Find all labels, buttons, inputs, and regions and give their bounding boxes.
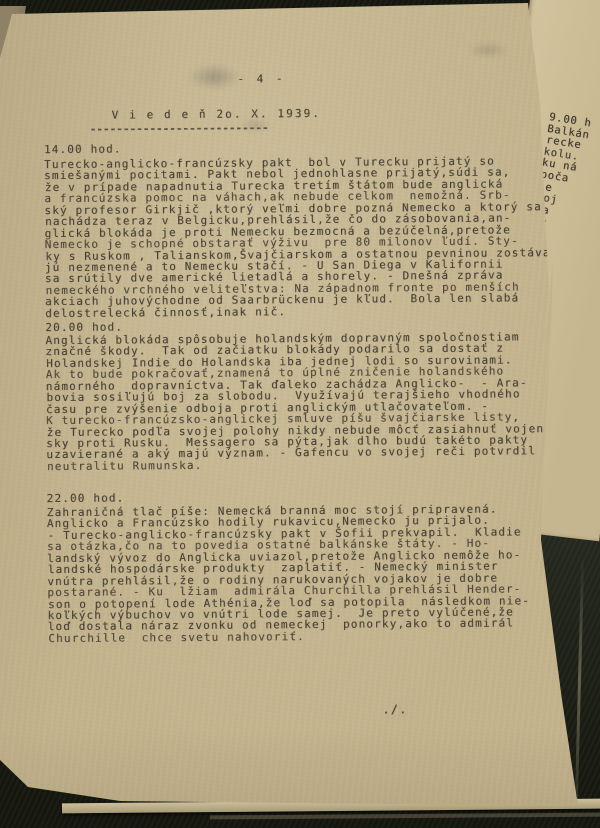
dateline-underline: --------------------------- (90, 121, 269, 135)
right-sheet-edge (575, 556, 585, 806)
text-line: neutralitu Rumunska. (47, 457, 552, 472)
scanned-document-photo: 9.00 hBalkánreckekolu.ku nápočaje vojgan… (0, 0, 600, 828)
section-time-1400: 14.00 hod. (44, 143, 122, 157)
section-time-2200: 22.00 hod. (47, 492, 125, 506)
section-paragraph-2000: Anglická blokáda spôsobuje holandským do… (45, 331, 551, 472)
bottom-sheet-edge-2 (210, 813, 600, 820)
document-page: - 4 - V i e d e ň 2o. X. 1939. ---------… (0, 0, 600, 828)
dateline: V i e d e ň 2o. X. 1939. (112, 107, 321, 122)
section-paragraph-2200: Zahraničná tlač píše: Nemecká branná moc… (47, 503, 530, 644)
end-of-page-mark: ./. (382, 702, 407, 716)
typed-content: - 4 - V i e d e ň 2o. X. 1939. ---------… (0, 0, 600, 828)
section-time-2000: 20.00 hod. (45, 321, 123, 335)
text-line: Churchille chce svetu nahovoriť. (48, 629, 530, 644)
page-number: - 4 - (237, 72, 285, 85)
section-paragraph-1400: Turecko-anglicko-francúzsky pakt bol v T… (44, 155, 558, 319)
